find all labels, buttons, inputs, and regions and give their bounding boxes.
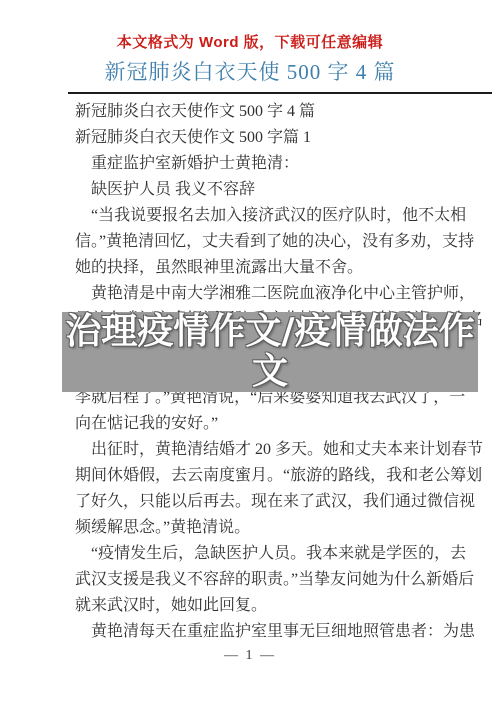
text-line: 目前在武汉市金银潭医院重症监护室支援，护理着 30 多名 xyxy=(75,307,471,333)
document-title: 新冠肺炎白衣天使 500 字 4 篇 xyxy=(0,60,500,84)
text-line: 期间休婚假，去云南度蜜月。“旅游的路线，我和老公筹划 xyxy=(75,463,471,489)
text-line: 就来武汉时，她如此回复。 xyxy=(75,593,471,619)
text-line: 了好久，只能以后再去。现在来了武汉，我们通过微信视 xyxy=(75,489,471,515)
text-line: 新冠肺炎白衣天使作文 500 字 4 篇 xyxy=(75,99,471,125)
text-line: “我瞒着公公婆婆，说自己科室紧急加班，加紧拾掇行 xyxy=(75,359,471,385)
text-line: 信。”黄艳清回忆，丈夫看到了她的决心，没有多劝，支持 xyxy=(75,229,471,255)
text-line: 李就启程了。”黄艳清说，“后来婆婆知道我去武汉了，一 xyxy=(75,385,471,411)
format-notice: 本文格式为 Word 版，下载可任意编辑 xyxy=(0,34,500,52)
title-divider xyxy=(68,92,492,94)
text-line: 频缓解思念。”黄艳清说。 xyxy=(75,515,471,541)
text-line: 缺医护人员 我义不容辞 xyxy=(75,177,471,203)
text-line: “当我说要报名去加入接济武汉的医疗队时，他不太相 xyxy=(75,203,471,229)
text-line: “疫情发生后，急缺医护人员。我本来就是学医的，去 xyxy=(75,541,471,567)
document-page: 本文格式为 Word 版，下载可任意编辑 新冠肺炎白衣天使 500 字 4 篇 … xyxy=(0,0,500,707)
text-line: 武汉支援是我义不容辞的职责。”当挚友问她为什么新婚后 xyxy=(75,567,471,593)
page-number: — 1 — xyxy=(0,648,500,664)
text-line: 新冠肺炎白衣天使作文 500 字篇 1 xyxy=(75,125,471,151)
text-line: 她的抉择，虽然眼神里流露出大量不舍。 xyxy=(75,255,471,281)
text-line: 黄艳清是中南大学湘雅二医院血液净化中心主管护师， xyxy=(75,281,471,307)
text-line: 危重患者，其中绝大多数病情较重。 xyxy=(75,333,471,359)
document-body: 新冠肺炎白衣天使作文 500 字 4 篇新冠肺炎白衣天使作文 500 字篇 1重… xyxy=(75,99,471,645)
text-line: 重症监护室新婚护士黄艳清： xyxy=(75,151,471,177)
text-line: 向在惦记我的安好。” xyxy=(75,411,471,437)
text-line: 黄艳清每天在重症监护室里事无巨细地照管患者：为患 xyxy=(75,619,471,645)
text-line: 出征时，黄艳清结婚才 20 多天。她和丈夫本来计划春节 xyxy=(75,437,471,463)
